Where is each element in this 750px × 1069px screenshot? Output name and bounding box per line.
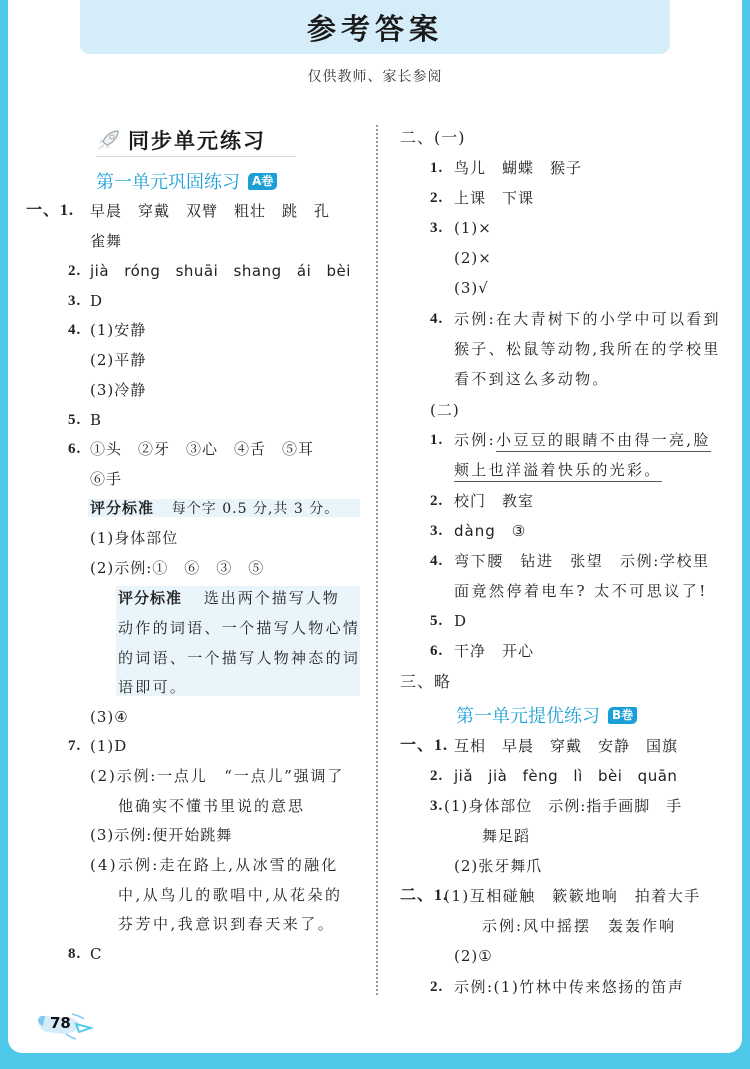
column-divider	[376, 125, 378, 995]
q-label: 1.	[430, 158, 443, 178]
q-label: 6.	[68, 439, 81, 459]
answer-line: 示例:小豆豆的眼睛不由得一亮,脸	[454, 430, 711, 450]
answer-line: (1)D	[90, 736, 127, 756]
q-label: 5.	[68, 410, 81, 430]
unit-b-title-text: 第一单元提优练习	[456, 702, 600, 728]
answer-line: 颊上也洋溢着快乐的光彩。	[454, 460, 662, 480]
unit-a-badge: A卷	[248, 173, 277, 190]
answer-line: 示例:风中摇摆 轰轰作响	[482, 916, 676, 936]
answer-line: D	[454, 611, 467, 631]
q-label: 4.	[430, 309, 443, 329]
answer-line: 上课 下课	[454, 188, 534, 208]
answer-line: (1)安静	[90, 320, 146, 340]
q-label: 3.	[430, 796, 443, 816]
answer-line: (3)④	[90, 707, 129, 727]
answer-line: 校门 教室	[454, 491, 534, 511]
answer-line: 芬芳中,我意识到春天来了。	[118, 914, 335, 934]
answer-line: (1)互相碰触 簌簌地响 拍着大手	[444, 886, 701, 906]
example-label: 示例:	[454, 431, 496, 449]
q-label: 4.	[430, 551, 443, 571]
q-label: 7.	[68, 736, 81, 756]
answer-line: (2)示例:一点儿 “一点儿”强调了	[90, 766, 344, 786]
q-label: 3.	[430, 218, 443, 238]
section-title: 同步单元练习	[128, 125, 266, 155]
answer-line: (3)√	[454, 278, 489, 298]
answer-line: 鸟儿 蝴蝶 猴子	[454, 158, 582, 178]
q-label: 一、1.	[26, 201, 74, 221]
answer-line: C	[90, 944, 102, 964]
underlined-answer: 小豆豆的眼睛不由得一亮,脸	[496, 431, 711, 452]
answer-line: (2)示例:① ⑥ ③ ⑤	[90, 558, 264, 578]
answer-line: ①头 ②牙 ③心 ④舌 ⑤耳	[90, 439, 314, 459]
score-text: 每个字 0.5 分,共 3 分。	[172, 501, 339, 517]
section-heading: 同步单元练习	[96, 124, 296, 157]
q-label: 1.	[430, 430, 443, 450]
q-label: 8.	[68, 944, 81, 964]
q-label: 一、1.	[400, 736, 448, 756]
answer-line: dàng ③	[454, 521, 526, 541]
answer-line: 早晨 穿戴 双臂 粗壮 跳 孔	[90, 201, 330, 221]
page-number-badge: 78	[36, 1010, 96, 1040]
subtitle: 仅供教师、家长参阅	[8, 66, 742, 86]
answer-line: 舞足蹈	[482, 826, 530, 846]
q-label: 2.	[68, 261, 81, 281]
section-label: 二、(一)	[400, 128, 466, 148]
answer-line: 示例:在大青树下的小学中可以看到	[454, 309, 721, 329]
answer-line: 示例:(1)竹林中传来悠扬的笛声	[454, 977, 684, 997]
q-label: 3.	[430, 521, 443, 541]
score-text: 的词语、一个描写人物神态的词	[118, 648, 360, 668]
answer-line: (2)①	[454, 946, 493, 966]
score-criteria: 评分标准 选出两个描写人物	[118, 588, 340, 608]
answer-line: 他确实不懂书里说的意思	[118, 796, 305, 816]
q-label: 4.	[68, 320, 81, 340]
answer-line: 雀舞	[90, 231, 122, 251]
unit-b-badge: B卷	[608, 707, 637, 724]
pinyin-answer: jià róng shuāi shang ái bèi	[90, 261, 351, 281]
answer-line: B	[90, 410, 102, 430]
header-banner: 参考答案	[80, 0, 670, 54]
unit-a-title: 第一单元巩固练习 A卷	[96, 168, 277, 194]
q-label: 6.	[430, 641, 443, 661]
answer-line: (3)示例:便开始跳舞	[90, 825, 232, 845]
q-label: 2.	[430, 766, 443, 786]
answer-line: (4)示例:走在路上,从冰雪的融化	[90, 855, 338, 875]
answer-line: 看不到这么多动物。	[454, 369, 610, 389]
score-label: 评分标准	[90, 499, 154, 517]
answer-line: ⑥手	[90, 469, 122, 489]
answer-line: (1)×	[454, 218, 492, 238]
page-title: 参考答案	[307, 7, 443, 48]
underlined-answer: 颊上也洋溢着快乐的光彩。	[454, 461, 662, 482]
score-text: 动作的词语、一个描写人物心情	[118, 618, 360, 638]
answer-line: 干净 开心	[454, 641, 534, 661]
score-label: 评分标准	[118, 589, 182, 607]
answer-line: (1)身体部位 示例:指手画脚 手	[444, 796, 682, 816]
q-label: 2.	[430, 977, 443, 997]
answer-line: 中,从鸟儿的歌唱中,从花朵的	[118, 885, 343, 905]
page-number: 78	[50, 1014, 71, 1032]
score-text: 选出两个描写人物	[204, 589, 340, 607]
section-label: 三、略	[400, 672, 451, 692]
section-label: (二)	[430, 400, 460, 420]
answer-line: (2)平静	[90, 350, 146, 370]
unit-a-title-text: 第一单元巩固练习	[96, 168, 240, 194]
answer-line: 弯下腰 钻进 张望 示例:学校里	[454, 551, 710, 571]
answer-line: (2)×	[454, 248, 492, 268]
q-label: 二、1.	[400, 886, 448, 906]
answer-line: 猴子、松鼠等动物,我所在的学校里	[454, 339, 721, 359]
q-label: 2.	[430, 491, 443, 511]
answer-line: 面竟然停着电车? 太不可思议了!	[454, 581, 708, 601]
score-text: 语即可。	[118, 677, 187, 697]
answer-line: 互相 早晨 穿戴 安静 国旗	[454, 736, 678, 756]
unit-b-title: 第一单元提优练习 B卷	[456, 702, 637, 728]
answer-line: (1)身体部位	[90, 528, 178, 548]
rocket-icon	[96, 129, 122, 151]
pinyin-answer: jiǎ jià fèng lì bèi quān	[454, 766, 677, 786]
answer-line: (2)张牙舞爪	[454, 856, 542, 876]
q-label: 2.	[430, 188, 443, 208]
answer-line: D	[90, 291, 103, 311]
score-criteria: 评分标准 每个字 0.5 分,共 3 分。	[90, 498, 339, 519]
answer-page: 参考答案 仅供教师、家长参阅 同步单元练习 第一单元巩固练习 A卷 一、1. 早…	[8, 0, 742, 1053]
q-label: 3.	[68, 291, 81, 311]
q-label: 5.	[430, 611, 443, 631]
answer-line: (3)冷静	[90, 380, 146, 400]
